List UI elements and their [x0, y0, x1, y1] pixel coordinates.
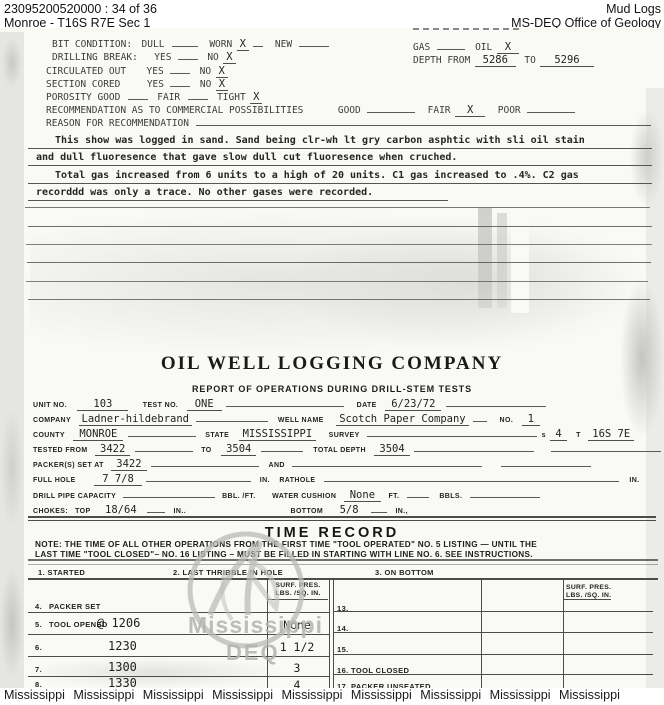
ruled-line — [28, 226, 652, 227]
divider-rule — [28, 516, 656, 518]
depth-from-label: DEPTH FROM — [413, 55, 470, 66]
blank-line — [437, 39, 465, 50]
blank-line — [414, 441, 534, 452]
table-row-rule — [28, 676, 329, 677]
scan-noise — [511, 203, 529, 313]
document-id: 23095200520000 : 34 of 36 — [4, 2, 157, 16]
depth-to-value: 5296 — [540, 54, 593, 67]
blank-line — [147, 502, 165, 513]
row5-no: 5. — [35, 620, 42, 629]
company-title: OIL WELL LOGGING COMPANY — [0, 353, 664, 375]
scan-noise — [300, 218, 640, 348]
surf-pres-line1: SURF. PRES. — [566, 584, 638, 592]
gas-description-line1: Total gas increased from 6 units to a hi… — [55, 170, 579, 181]
bit-worn-mark: X — [237, 38, 249, 51]
table-vline — [333, 578, 334, 688]
date-label: DATE — [357, 402, 377, 409]
paragraph-line: recorddd was only a trace. No other gase… — [28, 182, 448, 201]
state-label: STATE — [205, 432, 229, 439]
in-label: IN. — [629, 477, 639, 484]
total-depth-label: TOTAL DEPTH — [313, 447, 366, 454]
row7-time-value: 1300 — [108, 660, 137, 674]
footer-word: Mississippi — [420, 688, 481, 702]
unit-no-label: UNIT NO. — [33, 402, 67, 409]
table-vline — [563, 578, 564, 688]
table-row-rule — [333, 654, 653, 655]
blank-line — [473, 411, 487, 422]
header-left: 23095200520000 : 34 of 36 Monroe - T16S … — [4, 2, 157, 30]
header-right: Mud Logs MS-DEQ Office of Geology — [511, 2, 661, 30]
chokes-top-label: CHOKES: TOP — [33, 508, 91, 515]
row6-no: 6. — [35, 643, 42, 652]
blank-line — [367, 102, 415, 113]
blank-line — [299, 36, 329, 47]
table-row-rule — [333, 632, 653, 633]
blank-line — [123, 487, 215, 498]
divider-rule — [28, 564, 658, 565]
packers-set-label: PACKER(S) SET AT — [33, 462, 104, 469]
show-description-line2: and dull fluoresence that gave slow dull… — [36, 152, 457, 163]
table-row-rule — [28, 656, 329, 657]
tested-from-label: TESTED FROM — [33, 447, 88, 454]
gas-description-line2: recorddd was only a trace. No other gase… — [36, 187, 373, 198]
ruled-line — [25, 207, 650, 208]
full-hole-label: FULL HOLE — [33, 477, 76, 484]
rathole-label: RATHOLE — [279, 477, 315, 484]
survey-s-label: s — [542, 432, 546, 439]
bbl-ft-label: BBL. /FT. — [222, 493, 256, 500]
show-description-line1: This show was logged in sand. Sand being… — [55, 135, 585, 146]
document-type: Mud Logs — [511, 2, 661, 16]
row5-time-value: @ 1206 — [97, 616, 140, 630]
blank-line — [135, 441, 193, 452]
blank-line — [226, 396, 344, 407]
ruled-line — [28, 299, 650, 300]
table-cell-rule — [563, 599, 611, 600]
company-label: COMPANY — [33, 417, 71, 424]
bbls-label: BBLS. — [439, 493, 462, 500]
footer-word: Mississippi — [559, 688, 620, 702]
blank-line — [128, 89, 148, 100]
blank-line — [371, 502, 387, 513]
in-label: IN. — [260, 477, 270, 484]
ruled-line — [26, 281, 648, 282]
footer-word: Mississippi — [351, 688, 412, 702]
blank-line — [446, 396, 546, 407]
scan-artifact-line — [413, 28, 519, 30]
footer-word: Mississippi — [490, 688, 551, 702]
table-col3-header: 3. ON BOTTOM — [375, 568, 434, 577]
scan-noise — [497, 213, 507, 308]
blank-line — [170, 63, 190, 74]
row15-no: 15. — [337, 645, 349, 654]
footer-watermark-row: Mississippi Mississippi Mississippi Miss… — [0, 688, 664, 705]
row4-label: PACKER SET — [49, 602, 101, 611]
blank-line — [196, 115, 651, 126]
blank-line — [178, 49, 198, 60]
watermark-mississippi: Mississippi — [188, 612, 323, 639]
in-label: IN., — [395, 508, 408, 515]
scan-noise — [478, 208, 492, 308]
reason-label: REASON FOR RECOMMENDATION — [46, 118, 189, 129]
and-label: AND — [268, 462, 284, 469]
paragraph-line: and dull fluoresence that gave slow dull… — [28, 147, 652, 166]
row4-no: 4. — [35, 602, 42, 611]
blank-line — [151, 456, 259, 467]
bit-new-label: NEW — [275, 39, 292, 50]
table-row-rule — [333, 611, 653, 612]
footer-word: Mississippi — [143, 688, 204, 702]
watermark-deq: DEQ — [226, 640, 280, 666]
blank-line — [261, 441, 303, 452]
table-vline — [481, 578, 482, 688]
scanned-page: BIT CONDITION: DULL WORN X NEW DRILLING … — [0, 28, 664, 688]
row7-no: 7. — [35, 665, 42, 674]
company-title-text: OIL WELL LOGGING COMPANY — [161, 353, 503, 374]
footer-word: Mississippi — [4, 688, 65, 702]
survey-t-label: T — [576, 432, 581, 439]
water-cushion-label: WATER CUSHION — [272, 493, 336, 500]
ruled-line — [26, 244, 652, 245]
blank-line — [196, 411, 268, 422]
scan-noise — [0, 568, 24, 678]
depth-row: DEPTH FROM 5286 TO 5296 — [413, 50, 594, 68]
blank-line — [367, 426, 537, 437]
blank-line — [128, 426, 196, 437]
blank-line — [324, 471, 619, 482]
bottom-label: BOTTOM — [291, 508, 324, 515]
scan-noise — [30, 208, 630, 358]
footer-words: Mississippi Mississippi Mississippi Miss… — [4, 688, 620, 702]
survey-label: SURVEY — [329, 432, 360, 439]
in-label: IN.. — [174, 508, 187, 515]
footer-word: Mississippi — [73, 688, 134, 702]
blank-line — [470, 487, 540, 498]
blank-line — [292, 456, 482, 467]
scan-noise — [1, 408, 23, 528]
row6-time-value: 1230 — [108, 639, 137, 653]
surf-pres-header-right: SURF. PRES. LBS. /SQ. IN. — [566, 584, 638, 600]
reason-row: REASON FOR RECOMMENDATION — [46, 113, 651, 131]
divider-rule — [28, 520, 656, 521]
drill-pipe-capacity-label: DRILL PIPE CAPACITY — [33, 493, 116, 500]
report-subtitle-text: REPORT OF OPERATIONS DURING DRILL-STEM T… — [192, 384, 472, 394]
to-label: TO — [524, 55, 535, 66]
to-label: TO — [201, 447, 211, 454]
blank-line — [551, 441, 661, 452]
blank-line — [188, 89, 208, 100]
blank-line — [172, 36, 198, 47]
well-no-label: NO. — [500, 417, 514, 424]
blank-line — [170, 76, 190, 87]
ft-label: FT. — [388, 493, 399, 500]
depth-from-value: 5286 — [475, 54, 516, 67]
footer-word: Mississippi — [282, 688, 343, 702]
table-row-rule — [333, 674, 653, 675]
blank-line — [407, 487, 429, 498]
test-no-label: TEST NO. — [143, 402, 178, 409]
table-vline — [329, 578, 330, 688]
ruled-line — [27, 262, 651, 263]
blank-line — [501, 456, 591, 467]
well-name-label: WELL NAME — [278, 417, 324, 424]
table-col1-header: 1. STARTED — [38, 568, 85, 577]
county-label: COUNTY — [33, 432, 65, 439]
blank-line — [527, 102, 575, 113]
footer-word: Mississippi — [212, 688, 273, 702]
blank-line — [253, 36, 263, 47]
divider-rule — [28, 559, 658, 561]
blank-line — [146, 471, 251, 482]
scan-noise — [2, 38, 22, 88]
